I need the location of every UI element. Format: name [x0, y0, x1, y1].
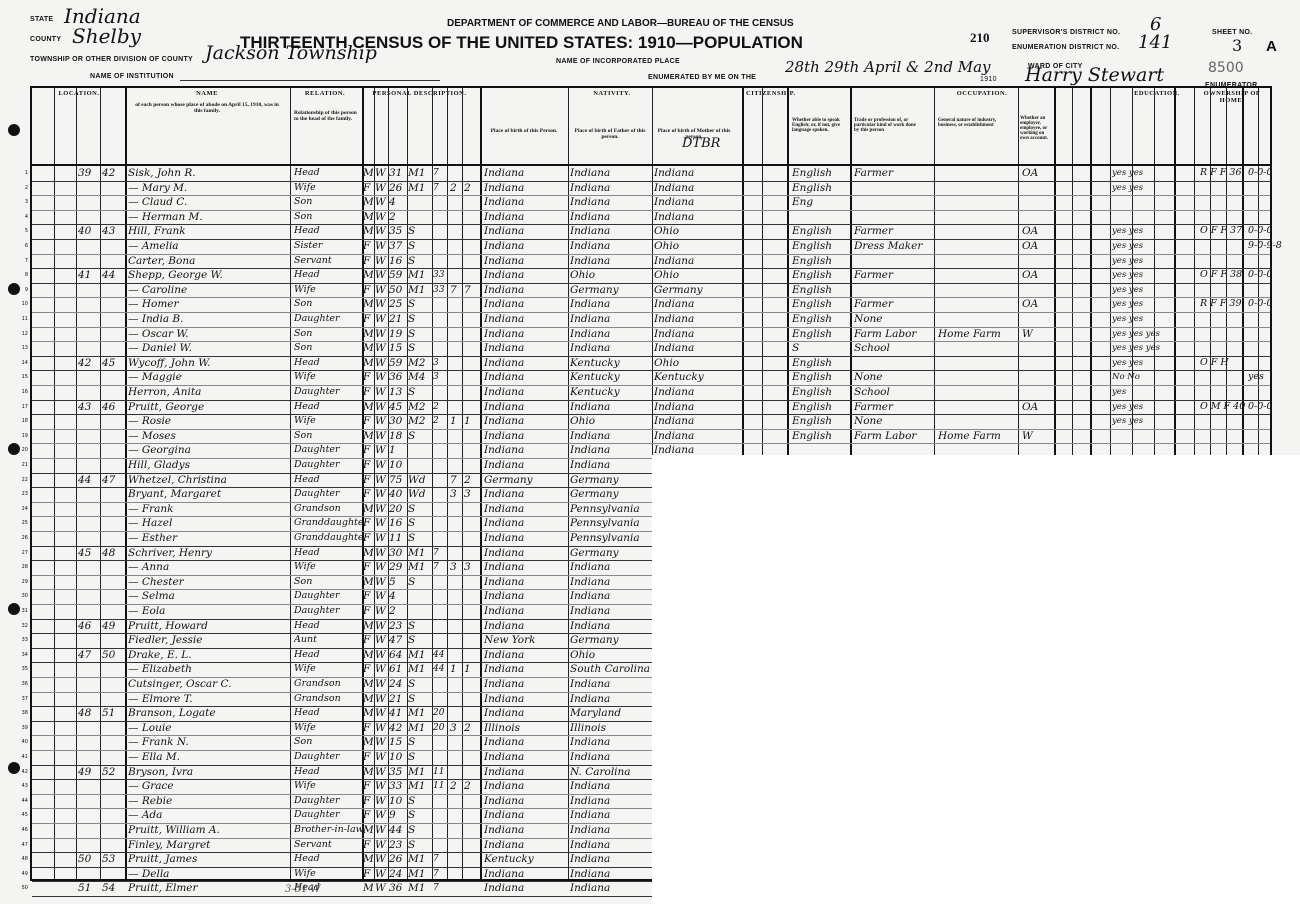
marital-status: S: [408, 341, 432, 355]
race: W: [375, 429, 387, 443]
employer-status: OA: [1022, 166, 1052, 180]
person-name: — Rebie: [128, 794, 290, 808]
sex: M: [363, 546, 373, 560]
relation: Head: [294, 619, 362, 633]
line-number: 48: [14, 852, 28, 866]
table-row: 3 — Claud C. Son M W 4 Indiana Indiana I…: [32, 195, 1270, 210]
relation: Head: [294, 224, 362, 238]
birth-person-header: Place of birth of this Person.: [484, 128, 564, 134]
age: 35: [389, 224, 407, 238]
relation: Daughter: [294, 443, 362, 457]
children-born: 1: [450, 662, 460, 676]
age: 40: [389, 487, 407, 501]
race: W: [375, 400, 387, 414]
education: yes yes: [1112, 268, 1192, 282]
sex: F: [363, 794, 373, 808]
person-name: Hill, Gladys: [128, 458, 290, 472]
county-value: Shelby: [72, 24, 141, 48]
children-living: 1: [464, 414, 474, 428]
language: English: [792, 327, 848, 341]
group-personal: PERSONAL DESCRIPTION.: [362, 90, 477, 97]
relation: Wife: [294, 283, 362, 297]
race: W: [375, 473, 387, 487]
line-number: 30: [14, 589, 28, 603]
birthplace-person: Indiana: [484, 341, 568, 355]
birthplace-person: Indiana: [484, 254, 568, 268]
birthplace-person: Indiana: [484, 224, 568, 238]
sex: F: [363, 808, 373, 822]
birthplace-mother: Indiana: [654, 327, 738, 341]
relation: Wife: [294, 414, 362, 428]
age: 20: [389, 502, 407, 516]
birthplace-father: Pennsylvania: [570, 516, 654, 530]
relation: Grandson: [294, 692, 362, 706]
sex: M: [363, 429, 373, 443]
group-relation: RELATION.: [290, 90, 360, 97]
children-born: 2: [450, 779, 460, 793]
age: 18: [389, 429, 407, 443]
sex: M: [363, 619, 373, 633]
sex: M: [363, 268, 373, 282]
trade: Farm Labor: [854, 429, 934, 443]
sex: F: [363, 750, 373, 764]
table-row: 4 — Herman M. Son M W 2 Indiana Indiana …: [32, 210, 1270, 225]
relation: Servant: [294, 254, 362, 268]
dwelling-number: 41: [78, 268, 100, 282]
sex: M: [363, 575, 373, 589]
race: W: [375, 648, 387, 662]
birthplace-person: Indiana: [484, 385, 568, 399]
relation: Daughter: [294, 604, 362, 618]
race: W: [375, 633, 387, 647]
language: English: [792, 429, 848, 443]
person-name: — Georgina: [128, 443, 290, 457]
race: W: [375, 808, 387, 822]
birthplace-person: Indiana: [484, 706, 568, 720]
race: W: [375, 312, 387, 326]
birthplace-father: South Carolina: [570, 662, 654, 676]
birthplace-father: Indiana: [570, 341, 654, 355]
family-number: 53: [102, 852, 124, 866]
sex: F: [363, 487, 373, 501]
person-name: — Grace: [128, 779, 290, 793]
table-row: 15 — Maggie Wife F W 36 M4 3 Indiana Ken…: [32, 370, 1270, 385]
birthplace-mother: Ohio: [654, 224, 738, 238]
table-row: 11 — India B. Daughter F W 21 S Indiana …: [32, 312, 1270, 327]
birthplace-person: Indiana: [484, 458, 568, 472]
marital-status: S: [408, 838, 432, 852]
marital-status: S: [408, 224, 432, 238]
enumerator-name: Harry Stewart: [1025, 64, 1164, 86]
race: W: [375, 268, 387, 282]
line-number: 43: [14, 779, 28, 793]
years-married: 20: [433, 721, 447, 735]
relation: Head: [294, 166, 362, 180]
line-number: 32: [14, 619, 28, 633]
sheet-label: Sheet No.: [1212, 29, 1252, 36]
birthplace-mother: Indiana: [654, 166, 738, 180]
race: W: [375, 210, 387, 224]
line-number: 33: [14, 633, 28, 647]
age: 10: [389, 458, 407, 472]
person-name: Drake, E. L.: [128, 648, 290, 662]
age: 44: [389, 823, 407, 837]
trade: Farm Labor: [854, 327, 934, 341]
person-name: — Rosie: [128, 414, 290, 428]
race: W: [375, 297, 387, 311]
sex: M: [363, 648, 373, 662]
table-row: 7 Carter, Bona Servant F W 16 S Indiana …: [32, 254, 1270, 269]
birthplace-father: Illinois: [570, 721, 654, 735]
language: English: [792, 356, 848, 370]
birthplace-father: Indiana: [570, 224, 654, 238]
marital-status: S: [408, 633, 432, 647]
line-number: 23: [14, 487, 28, 501]
marital-status: M1: [408, 867, 432, 881]
line-number: 26: [14, 531, 28, 545]
age: 31: [389, 166, 407, 180]
family-number: 50: [102, 648, 124, 662]
line-number: 14: [14, 356, 28, 370]
birthplace-person: Indiana: [484, 779, 568, 793]
years-married: 7: [433, 560, 447, 574]
line-number: 29: [14, 575, 28, 589]
dwelling-number: 43: [78, 400, 100, 414]
race: W: [375, 560, 387, 574]
line-number: 7: [14, 254, 28, 268]
relation: Granddaughter: [294, 516, 362, 530]
children-born: 1: [450, 414, 460, 428]
birthplace-person: Indiana: [484, 838, 568, 852]
birthplace-person: Indiana: [484, 604, 568, 618]
age: 21: [389, 692, 407, 706]
birthplace-mother: Ohio: [654, 356, 738, 370]
person-name: Bryant, Margaret: [128, 487, 290, 501]
years-married: 3: [433, 356, 447, 370]
years-married: 2: [433, 414, 447, 428]
birthplace-father: Indiana: [570, 327, 654, 341]
marital-status: S: [408, 297, 432, 311]
sex: F: [363, 458, 373, 472]
years-married: 20: [433, 706, 447, 720]
age: 16: [389, 254, 407, 268]
marital-status: S: [408, 385, 432, 399]
person-name: — Amelia: [128, 239, 290, 253]
race: W: [375, 604, 387, 618]
age: 47: [389, 633, 407, 647]
birthplace-person: Indiana: [484, 575, 568, 589]
education: yes yes: [1112, 224, 1192, 238]
relation: Daughter: [294, 385, 362, 399]
state-label: State: [30, 16, 53, 23]
person-name: — Moses: [128, 429, 290, 443]
race: W: [375, 765, 387, 779]
sex: M: [363, 692, 373, 706]
form-number: 210: [970, 30, 990, 46]
language: S: [792, 341, 848, 355]
census-sheet: State Indiana County Shelby Township or …: [0, 0, 1300, 904]
name-column-desc: of each person whose place of abode on A…: [132, 102, 282, 114]
line-number: 22: [14, 473, 28, 487]
year-suffix: 1910: [980, 76, 997, 83]
person-name: Pruitt, James: [128, 852, 290, 866]
race: W: [375, 546, 387, 560]
birthplace-father: Kentucky: [570, 356, 654, 370]
marital-status: S: [408, 575, 432, 589]
line-number: 37: [14, 692, 28, 706]
table-row: 5 40 43 Hill, Frank Head M W 35 S Indian…: [32, 224, 1270, 239]
trade-header: Trade or profession of, or particular ki…: [854, 118, 916, 133]
relation: Head: [294, 356, 362, 370]
marital-status: M1: [408, 181, 432, 195]
relation: Granddaughter: [294, 531, 362, 545]
extra-columns: 0-0-0: [1248, 400, 1288, 414]
birth-father-header: Place of birth of Father of this person.: [570, 128, 650, 140]
group-citizenship: CITIZENSHIP.: [746, 90, 786, 97]
line-number: 31: [14, 604, 28, 618]
line-number: 15: [14, 370, 28, 384]
table-row: 8 41 44 Shepp, George W. Head M W 59 M1 …: [32, 268, 1270, 283]
dwelling-number: 39: [78, 166, 100, 180]
birthplace-mother: Ohio: [654, 268, 738, 282]
birthplace-father: Indiana: [570, 575, 654, 589]
person-name: — Mary M.: [128, 181, 290, 195]
children-living: 1: [464, 662, 474, 676]
marital-status: M2: [408, 400, 432, 414]
age: 1: [389, 443, 407, 457]
age: 37: [389, 239, 407, 253]
extra-columns: 0-0-0: [1248, 297, 1288, 311]
birthplace-person: Indiana: [484, 823, 568, 837]
family-number: 54: [102, 881, 124, 895]
marital-status: M2: [408, 356, 432, 370]
table-row: 14 42 45 Wycoff, John W. Head M W 59 M2 …: [32, 356, 1270, 371]
age: 21: [389, 312, 407, 326]
sex: M: [363, 327, 373, 341]
birthplace-father: Indiana: [570, 867, 654, 881]
relation: Head: [294, 400, 362, 414]
age: 36: [389, 370, 407, 384]
person-name: — Claud C.: [128, 195, 290, 209]
race: W: [375, 779, 387, 793]
education: yes yes: [1112, 400, 1192, 414]
birthplace-father: Ohio: [570, 648, 654, 662]
table-row: 2 — Mary M. Wife F W 26 M1 7 2 2 Indiana…: [32, 181, 1270, 196]
relation: Daughter: [294, 794, 362, 808]
birthplace-father: Indiana: [570, 239, 654, 253]
years-married: 33: [433, 283, 447, 297]
birthplace-mother: Indiana: [654, 312, 738, 326]
person-name: — Eola: [128, 604, 290, 618]
children-living: 2: [464, 473, 474, 487]
sex: M: [363, 677, 373, 691]
relation: Wife: [294, 867, 362, 881]
line-number: 6: [14, 239, 28, 253]
sex: F: [363, 516, 373, 530]
relation-column-desc: Relationship of this person to the head …: [294, 110, 358, 122]
marital-status: S: [408, 502, 432, 516]
trade: School: [854, 385, 934, 399]
enumeration-label: Enumeration District No.: [1012, 44, 1119, 51]
line-number: 44: [14, 794, 28, 808]
marital-status: S: [408, 312, 432, 326]
birthplace-mother: Indiana: [654, 414, 738, 428]
dwelling-number: 44: [78, 473, 100, 487]
line-number: 47: [14, 838, 28, 852]
language: English: [792, 370, 848, 384]
years-married: 7: [433, 881, 447, 895]
children-living: 2: [464, 721, 474, 735]
years-married: 7: [433, 867, 447, 881]
line-number: 19: [14, 429, 28, 443]
person-name: — Frank N.: [128, 735, 290, 749]
line-number: 11: [14, 312, 28, 326]
race: W: [375, 589, 387, 603]
birthplace-mother: Germany: [654, 283, 738, 297]
birthplace-person: Indiana: [484, 443, 568, 457]
industry-header: General nature of industry, business, or…: [938, 118, 1014, 128]
race: W: [375, 414, 387, 428]
birthplace-mother: Indiana: [654, 385, 738, 399]
family-number: 44: [102, 268, 124, 282]
line-number: 34: [14, 648, 28, 662]
language: English: [792, 400, 848, 414]
birthplace-father: Indiana: [570, 604, 654, 618]
employer-status: OA: [1022, 297, 1052, 311]
person-name: Sisk, John R.: [128, 166, 290, 180]
sex: F: [363, 254, 373, 268]
birthplace-person: Indiana: [484, 808, 568, 822]
footer-note: 3-51-W: [285, 884, 321, 895]
birthplace-person: Kentucky: [484, 852, 568, 866]
birthplace-mother: Indiana: [654, 195, 738, 209]
race: W: [375, 662, 387, 676]
age: 42: [389, 721, 407, 735]
age: 13: [389, 385, 407, 399]
relation: Daughter: [294, 487, 362, 501]
sex: F: [363, 312, 373, 326]
person-name: — Louie: [128, 721, 290, 735]
person-name: Shepp, George W.: [128, 268, 290, 282]
person-name: Herron, Anita: [128, 385, 290, 399]
sex: M: [363, 706, 373, 720]
sex: M: [363, 400, 373, 414]
children-living: 2: [464, 181, 474, 195]
birthplace-mother: Indiana: [654, 400, 738, 414]
sheet-side: A: [1266, 38, 1277, 55]
line-number: 12: [14, 327, 28, 341]
years-married: 2: [433, 400, 447, 414]
age: 23: [389, 838, 407, 852]
race: W: [375, 867, 387, 881]
birthplace-person: Indiana: [484, 531, 568, 545]
race: W: [375, 531, 387, 545]
marital-status: M1: [408, 283, 432, 297]
age: 25: [389, 297, 407, 311]
sex: F: [363, 181, 373, 195]
race: W: [375, 458, 387, 472]
line-number: 21: [14, 458, 28, 472]
birthplace-person: Indiana: [484, 662, 568, 676]
education: yes yes: [1112, 254, 1192, 268]
birthplace-father: Ohio: [570, 414, 654, 428]
person-name: Finley, Margret: [128, 838, 290, 852]
age: 59: [389, 268, 407, 282]
relation: Daughter: [294, 458, 362, 472]
trade: None: [854, 414, 934, 428]
group-ownership: OWNERSHIP OF HOME.: [1197, 90, 1267, 104]
age: 33: [389, 779, 407, 793]
marital-status: M1: [408, 881, 432, 895]
person-name: Carter, Bona: [128, 254, 290, 268]
line-number: 27: [14, 546, 28, 560]
race: W: [375, 239, 387, 253]
sex: F: [363, 370, 373, 384]
line-number: 50: [14, 881, 28, 895]
years-married: 7: [433, 181, 447, 195]
supervisor-label: Supervisor's District No.: [1012, 29, 1120, 36]
person-name: — India B.: [128, 312, 290, 326]
trade: Farmer: [854, 224, 934, 238]
marital-status: Wd: [408, 473, 432, 487]
enumerator-mark: 8500: [1208, 60, 1244, 76]
line-number: 45: [14, 808, 28, 822]
years-married: 44: [433, 648, 447, 662]
marital-status: M1: [408, 268, 432, 282]
children-born: 2: [450, 181, 460, 195]
language: English: [792, 297, 848, 311]
birthplace-father: Indiana: [570, 210, 654, 224]
birthplace-person: Indiana: [484, 765, 568, 779]
sex: F: [363, 385, 373, 399]
age: 64: [389, 648, 407, 662]
birthplace-person: Indiana: [484, 735, 568, 749]
department-heading: DEPARTMENT OF COMMERCE AND LABOR—BUREAU …: [447, 18, 794, 29]
age: 11: [389, 531, 407, 545]
race: W: [375, 166, 387, 180]
person-name: Branson, Logate: [128, 706, 290, 720]
relation: Brother-in-law: [294, 823, 362, 837]
enumeration-district: 141: [1138, 32, 1172, 53]
birthplace-father: Indiana: [570, 429, 654, 443]
institution-line: [180, 80, 440, 81]
birthplace-mother: Indiana: [654, 210, 738, 224]
age: 4: [389, 589, 407, 603]
age: 2: [389, 604, 407, 618]
education: yes yes: [1112, 181, 1192, 195]
relation: Wife: [294, 779, 362, 793]
sex: M: [363, 356, 373, 370]
line-number: 3: [14, 195, 28, 209]
table-row: 6 — Amelia Sister F W 37 S Indiana India…: [32, 239, 1270, 254]
sex: M: [363, 195, 373, 209]
dwelling-number: 50: [78, 852, 100, 866]
birthplace-father: Germany: [570, 546, 654, 560]
years-married: 11: [433, 779, 447, 793]
table-row: 1 39 42 Sisk, John R. Head M W 31 M1 7 I…: [32, 166, 1270, 181]
education: yes yes: [1112, 312, 1192, 326]
birthplace-father: Germany: [570, 487, 654, 501]
sex: F: [363, 633, 373, 647]
years-married: 7: [433, 546, 447, 560]
children-born: 3: [450, 487, 460, 501]
race: W: [375, 443, 387, 457]
birthplace-father: Maryland: [570, 706, 654, 720]
page-title: THIRTEENTH CENSUS OF THE UNITED STATES: …: [240, 33, 803, 53]
language: English: [792, 312, 848, 326]
marital-status: M1: [408, 765, 432, 779]
education: yes yes yes: [1112, 327, 1192, 341]
